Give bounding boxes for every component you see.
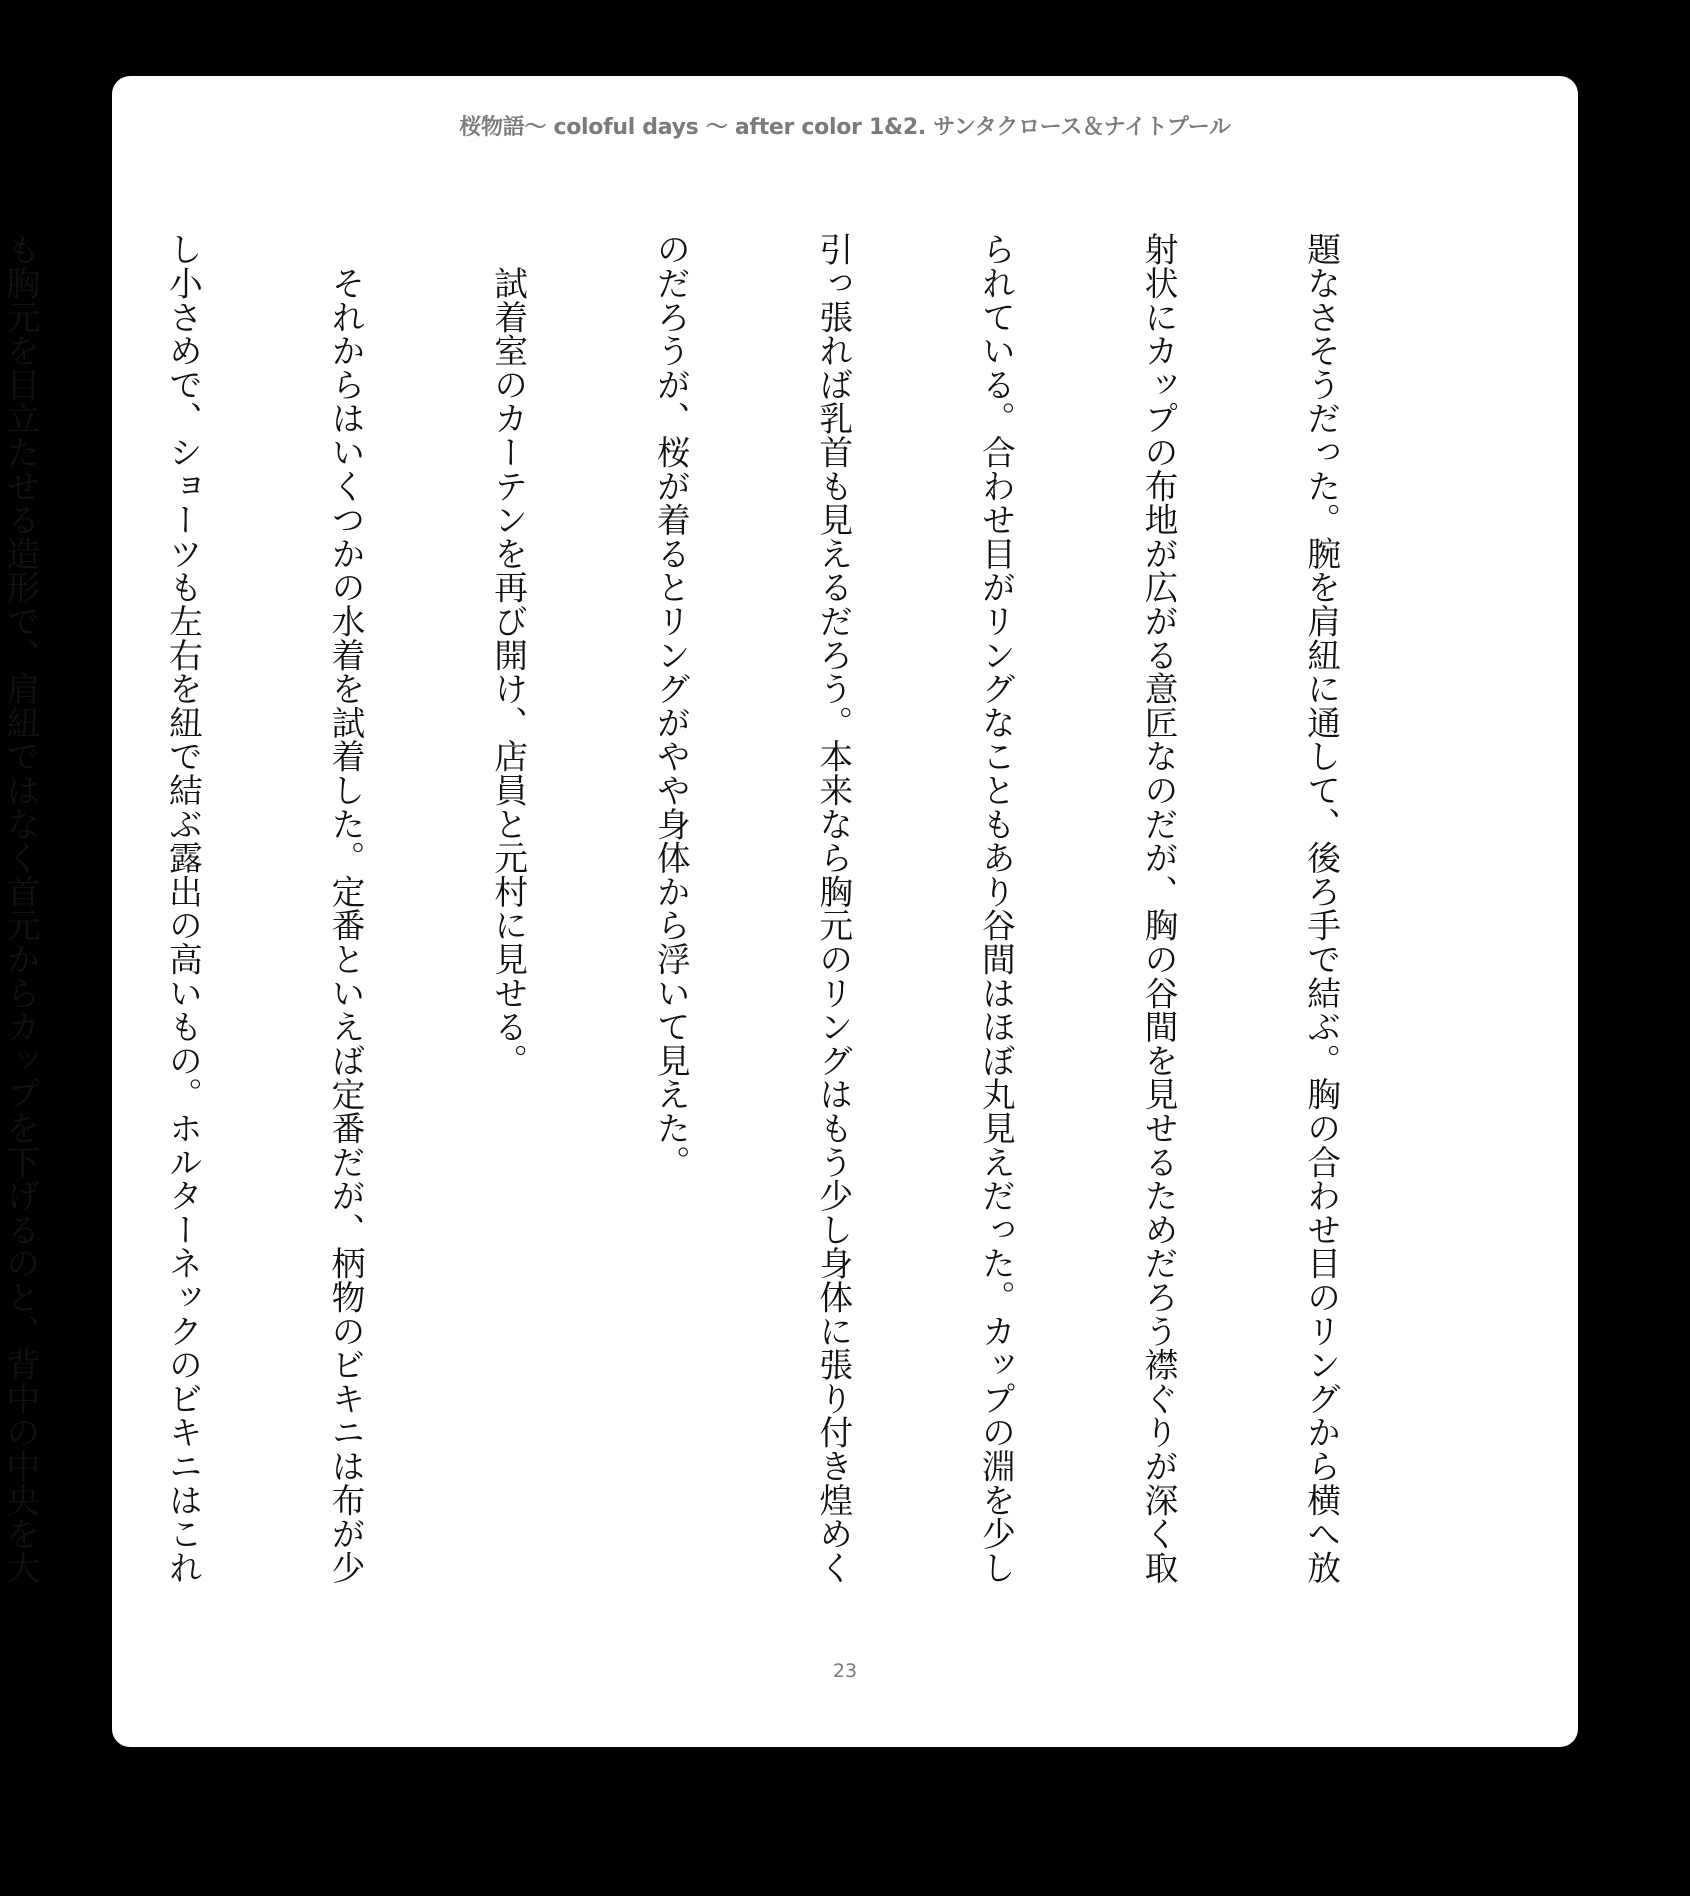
- text-column: も胸元を目立たせる造形で、肩紐ではなく首元からカップを下げるのと、背中の中央を大: [0, 232, 47, 1584]
- text-column: 射状にカップの布地が広がる意匠なのだが、胸の谷間を見せるためだろう襟ぐりが深く取: [1131, 232, 1185, 1584]
- text-column: それからはいくつかの水着を試着した。定番といえば定番だが、柄物のビキニは布が少: [318, 232, 372, 1584]
- text-column: 題なさそうだった。腕を肩紐に通して、後ろ手で結ぶ。胸の合わせ目のリングから横へ放: [1293, 232, 1347, 1584]
- running-header-title: 桜物語〜 coloful days 〜 after color 1&2. サンタ…: [112, 114, 1578, 142]
- text-column: のだろうが、桜が着るとリングがやや身体から浮いて見えた。: [643, 232, 697, 1584]
- book-page[interactable]: 桜物語〜 coloful days 〜 after color 1&2. サンタ…: [112, 76, 1578, 1747]
- text-column: 引っ張れば乳首も見えるだろう。本来なら胸元のリングはもう少し身体に張り付き煌めく: [806, 232, 860, 1584]
- text-column: 試着室のカーテンを再び開け、店員と元村に見せる。: [480, 232, 534, 1584]
- text-column: られている。合わせ目がリングなこともあり谷間はほぼ丸見えだった。カップの淵を少し: [968, 232, 1022, 1584]
- vertical-text-body: 題なさそうだった。腕を肩紐に通して、後ろ手で結ぶ。胸の合わせ目のリングから横へ放…: [263, 232, 1456, 1584]
- page-number: 23: [112, 1660, 1578, 1682]
- text-column: し小さめで、ショーツも左右を紐で結ぶ露出の高いもの。ホルターネックのビキニはこれ: [155, 232, 209, 1584]
